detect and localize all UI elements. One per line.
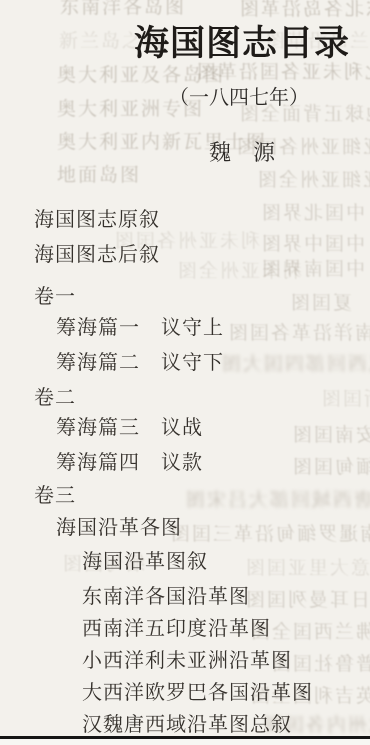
- toc-entry: 小西洋利未亚洲沿革图: [82, 644, 292, 673]
- bleedthrough-text: 安南国图: [291, 420, 370, 447]
- page-subtitle-year: （一八四七年）: [169, 81, 309, 110]
- scan-edge-margin: [0, 739, 370, 745]
- toc-entry: 筹海篇三 议战: [56, 411, 203, 440]
- bleedthrough-text: 汉魏唐西域回部大吕宋图: [184, 485, 370, 512]
- author-name: 魏 源: [209, 136, 275, 167]
- toc-entry: 东南洋各国沿革图: [82, 580, 250, 609]
- bleedthrough-text: 利未亚州全图: [176, 256, 302, 283]
- toc-entry: 大西洋欧罗巴各国沿革图: [82, 676, 313, 705]
- scanned-book-page: 东南洋各岛图 新兰岛之图 奥大利亚及各岛图 奥大利亚洲专图 奥大利亚内新瓦里士图…: [0, 0, 370, 745]
- toc-entry: 卷一: [34, 280, 76, 309]
- page-title: 海国图志目录: [134, 16, 350, 66]
- bleedthrough-text: 中国南界图: [260, 254, 365, 281]
- bleedthrough-text: 亚细亚州全图: [256, 165, 370, 192]
- bleedthrough-text: 日耳曼列国图: [244, 585, 370, 612]
- bleedthrough-text: 夏国图: [289, 288, 352, 315]
- toc-entry: 卷二: [34, 381, 76, 410]
- bleedthrough-text: 地面岛图: [57, 160, 141, 187]
- bleedthrough-text: 东南洋沿革各国图: [227, 318, 370, 345]
- toc-entry: 海国图志后叙: [34, 238, 160, 267]
- toc-entry: 海国沿革各图: [56, 511, 182, 540]
- toc-entry: 筹海篇二 议守下: [56, 346, 224, 375]
- toc-entry: 海国图志原叙: [34, 203, 160, 232]
- toc-entry: 西南洋五印度沿革图: [82, 612, 271, 641]
- bleedthrough-text: 中国北界图: [260, 198, 365, 225]
- toc-entry: 筹海篇四 议款: [56, 446, 203, 475]
- toc-entry: 筹海篇一 议守上: [56, 311, 224, 340]
- bleedthrough-text: 越南暹罗缅甸沿革三国图: [169, 519, 370, 546]
- toc-entry: 海国沿革图叙: [82, 545, 208, 574]
- toc-entry: 汉魏唐西域沿革图总叙: [82, 708, 292, 737]
- bleedthrough-text: 俄罗斯国图: [320, 384, 370, 411]
- toc-entry: 卷三: [34, 479, 76, 508]
- bleedthrough-text: 印度以西回部四国大图: [220, 349, 370, 376]
- bleedthrough-text: 意大里亚国图: [244, 553, 370, 580]
- bleedthrough-text: 缅甸国图: [291, 452, 370, 479]
- bleedthrough-text: 中国中界图: [260, 229, 365, 256]
